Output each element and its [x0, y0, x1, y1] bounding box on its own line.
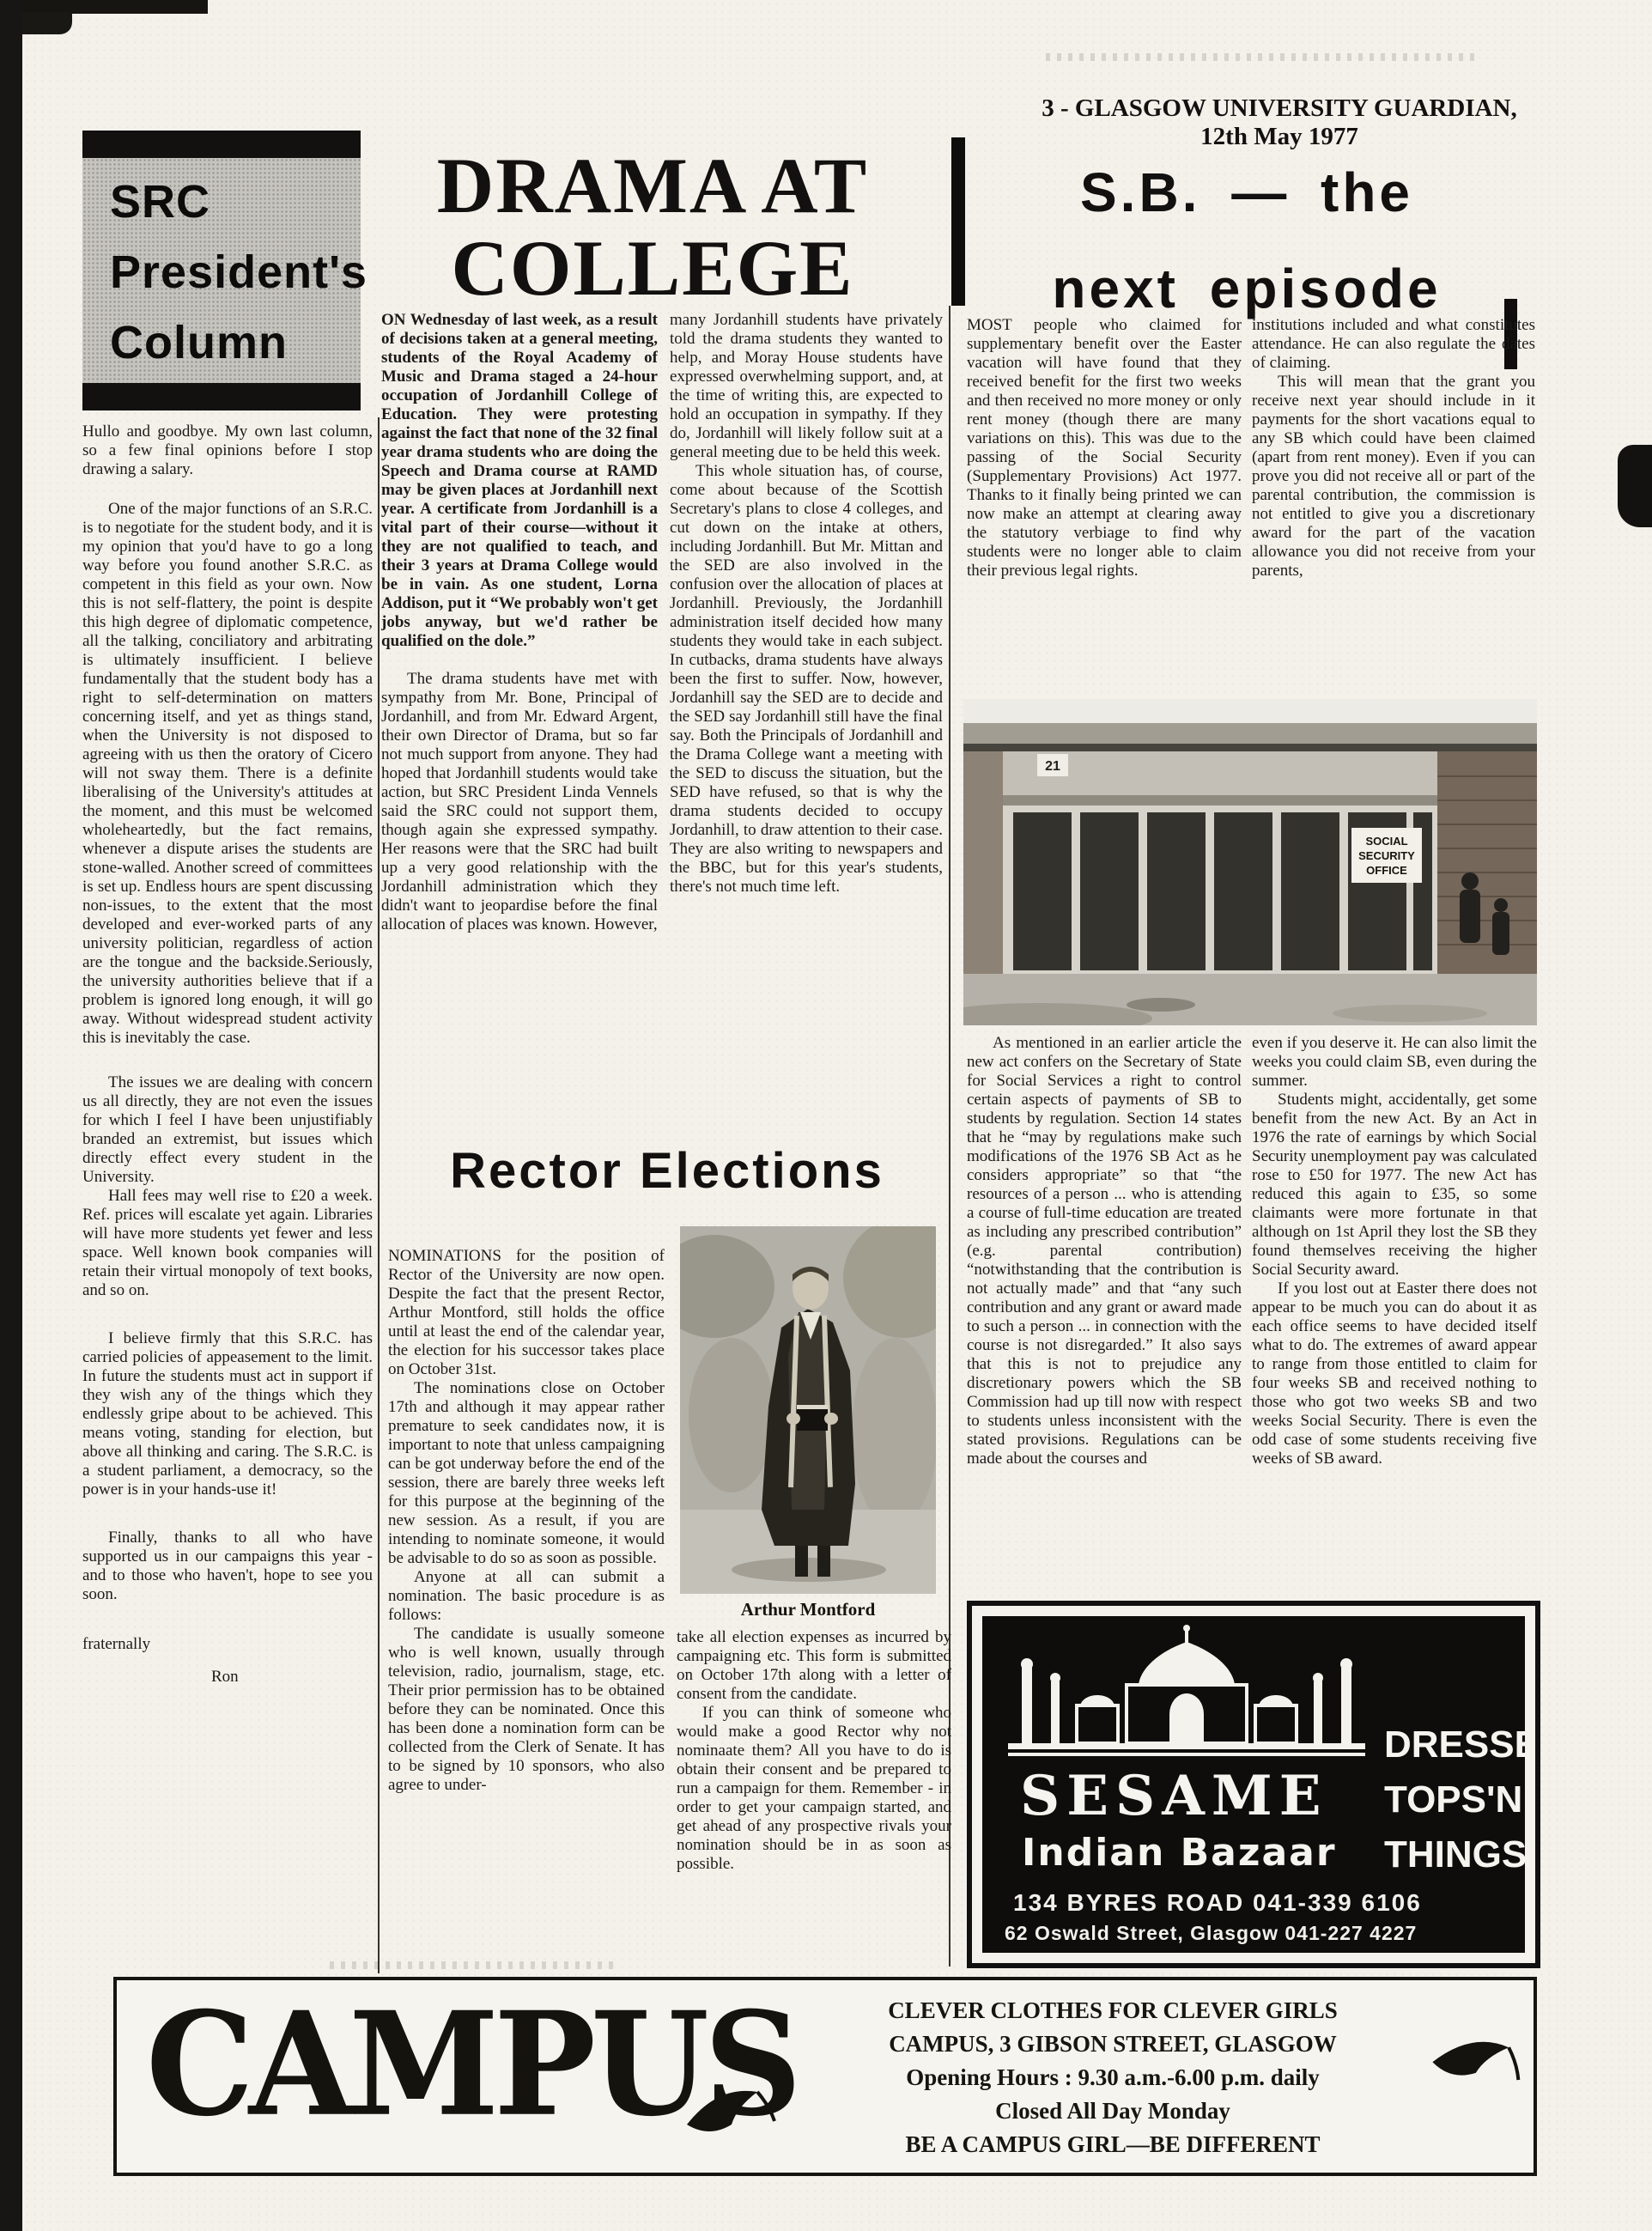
sesame-right-line: THINGS: [1384, 1827, 1525, 1882]
rector-paragraph: The nominations close on October 17th an…: [388, 1379, 665, 1568]
campus-line: Closed All Day Monday: [804, 2094, 1422, 2128]
column-rule-left: [378, 417, 380, 1973]
leaf-icon: [683, 2083, 778, 2143]
src-paragraph: Finally, thanks to all who have supporte…: [82, 1529, 373, 1604]
src-box-title-panel: SRC President's Column: [82, 158, 361, 383]
svg-text:SOCIAL: SOCIAL: [1365, 835, 1407, 848]
sb-column-4: even if you deserve it. He can also limi…: [1252, 1034, 1537, 1635]
sb-column-3: As mentioned in an earlier article the n…: [967, 1034, 1242, 1635]
svg-text:21: 21: [1045, 759, 1060, 774]
src-paragraph: Hullo and goodbye. My own last column, s…: [82, 422, 373, 479]
page-header: 3 - GLASGOW UNIVERSITY GUARDIAN, 12th Ma…: [1022, 94, 1537, 151]
sesame-ad: SESAME Indian Bazaar 134 BYRES ROAD 041-…: [967, 1601, 1540, 1968]
drama-column-1: ON Wednesday of last week, as a result o…: [381, 311, 658, 1116]
taj-mahal-icon: [998, 1623, 1376, 1760]
rector-paragraph: Anyone at all can submit a nomination. T…: [388, 1568, 665, 1625]
campus-ad: CAMPUS CLEVER CLOTHES FOR CLEVER GIRLS C…: [113, 1977, 1537, 2176]
sb-headline: S.B. — the next episode: [974, 144, 1520, 337]
sesame-name: SESAME: [1020, 1764, 1328, 1828]
newspaper-page: 3 - GLASGOW UNIVERSITY GUARDIAN, 12th Ma…: [0, 0, 1652, 2231]
drama-headline: DRAMA AT COLLEGE: [386, 144, 919, 309]
src-box-top-bar: [82, 131, 361, 158]
src-paragraph: The issues we are dealing with concern u…: [82, 1073, 373, 1187]
sb-paragraph: This will mean that the grant you receiv…: [1252, 373, 1535, 581]
sesame-right-line: DRESSES: [1384, 1717, 1525, 1772]
campus-line: CAMPUS, 3 GIBSON STREET, GLASGOW: [804, 2027, 1422, 2061]
drama-paragraph: This whole situation has, of course, com…: [670, 462, 943, 897]
campus-line: Opening Hours : 9.30 a.m.-6.00 p.m. dail…: [804, 2061, 1422, 2094]
campus-line: CLEVER CLOTHES FOR CLEVER GIRLS: [804, 1994, 1422, 2027]
drama-lead-paragraph: ON Wednesday of last week, as a result o…: [381, 311, 658, 651]
src-box-bottom-bar: [82, 383, 361, 410]
sesame-address: 62 Oswald Street, Glasgow 041-227 4227: [1005, 1922, 1417, 1945]
rector-paragraph: take all election expenses as incurred b…: [677, 1628, 951, 1704]
scan-blotch-right: [1618, 445, 1652, 527]
sb-paragraph: even if you deserve it. He can also limi…: [1252, 1034, 1537, 1091]
film-edge-left: [0, 0, 22, 2231]
campus-line: BE A CAMPUS GIRL—BE DIFFERENT: [804, 2128, 1422, 2161]
sesame-right-line: TOPS'N: [1384, 1772, 1525, 1827]
svg-text:OFFICE: OFFICE: [1366, 864, 1407, 877]
sesame-address: 134 BYRES ROAD 041-339 6106: [1013, 1889, 1422, 1917]
campus-copy: CLEVER CLOTHES FOR CLEVER GIRLS CAMPUS, …: [804, 1994, 1422, 2161]
rector-photo-caption: Arthur Montford: [680, 1599, 936, 1620]
sb-paragraph: As mentioned in an earlier article the n…: [967, 1034, 1242, 1468]
src-signature: Ron: [82, 1668, 373, 1687]
rector-paragraph: NOMINATIONS for the position of Rector o…: [388, 1247, 665, 1379]
src-column-header-box: SRC President's Column: [82, 131, 361, 410]
drama-column-2: many Jordanhill students have privately …: [670, 311, 943, 1116]
sb-paragraph: If you lost out at Easter there does not…: [1252, 1280, 1537, 1468]
rector-paragraph: If you can think of someone who would ma…: [677, 1704, 951, 1874]
sesame-right-copy: DRESSES TOPS'N THINGS: [1384, 1717, 1525, 1882]
sesame-ad-panel: SESAME Indian Bazaar 134 BYRES ROAD 041-…: [982, 1616, 1525, 1953]
drama-headline-line: DRAMA AT: [386, 144, 919, 227]
leaf-icon: [1424, 2021, 1531, 2103]
rector-paragraph: The candidate is usually someone who is …: [388, 1625, 665, 1795]
sb-column-2: institutions included and what constitut…: [1252, 316, 1535, 694]
sb-paragraph: institutions included and what constitut…: [1252, 316, 1535, 373]
drama-paragraph: The drama students have met with sympath…: [381, 670, 658, 934]
src-title-line: SRC: [110, 167, 361, 237]
sesame-subtitle: Indian Bazaar: [1022, 1831, 1337, 1875]
bleedthrough-noise-top: [1046, 53, 1475, 61]
sesame-address: 6 Wellmeadow Street, Paisley 041-887 777…: [1008, 1951, 1447, 1953]
src-paragraph: One of the major functions of an S.R.C. …: [82, 500, 373, 1048]
sb-paragraph: Students might, accidentally, get some b…: [1252, 1091, 1537, 1280]
svg-text:SECURITY: SECURITY: [1358, 849, 1415, 862]
arthur-montford-photo: [680, 1226, 936, 1594]
rector-column-2: take all election expenses as incurred b…: [677, 1628, 951, 1972]
src-title-line: Column: [110, 307, 361, 378]
drama-headline-line: COLLEGE: [386, 227, 919, 309]
sb-column-1: MOST people who claimed for supplementar…: [967, 316, 1242, 694]
src-paragraph: I believe firmly that this S.R.C. has ca…: [82, 1329, 373, 1499]
social-security-office-photo: SOCIAL SECURITY OFFICE 21: [963, 699, 1537, 1025]
src-paragraph: Hall fees may well rise to £20 a week. R…: [82, 1187, 373, 1300]
src-title-line: President's: [110, 237, 361, 307]
src-column-body: Hullo and goodbye. My own last column, s…: [82, 422, 373, 1961]
social-security-office-illustration: SOCIAL SECURITY OFFICE 21: [963, 699, 1537, 1025]
rector-column-1: NOMINATIONS for the position of Rector o…: [388, 1247, 665, 1975]
drama-paragraph: many Jordanhill students have privately …: [670, 311, 943, 462]
rector-headline: Rector Elections: [388, 1142, 946, 1200]
sb-headline-bar-left: [951, 137, 965, 306]
arthur-montford-illustration: [680, 1226, 936, 1594]
scan-blotch-left: [22, 12, 72, 34]
src-signoff: fraternally: [82, 1635, 373, 1654]
sb-paragraph: MOST people who claimed for supplementar…: [967, 316, 1242, 581]
sb-headline-line: S.B. — the: [974, 144, 1520, 240]
